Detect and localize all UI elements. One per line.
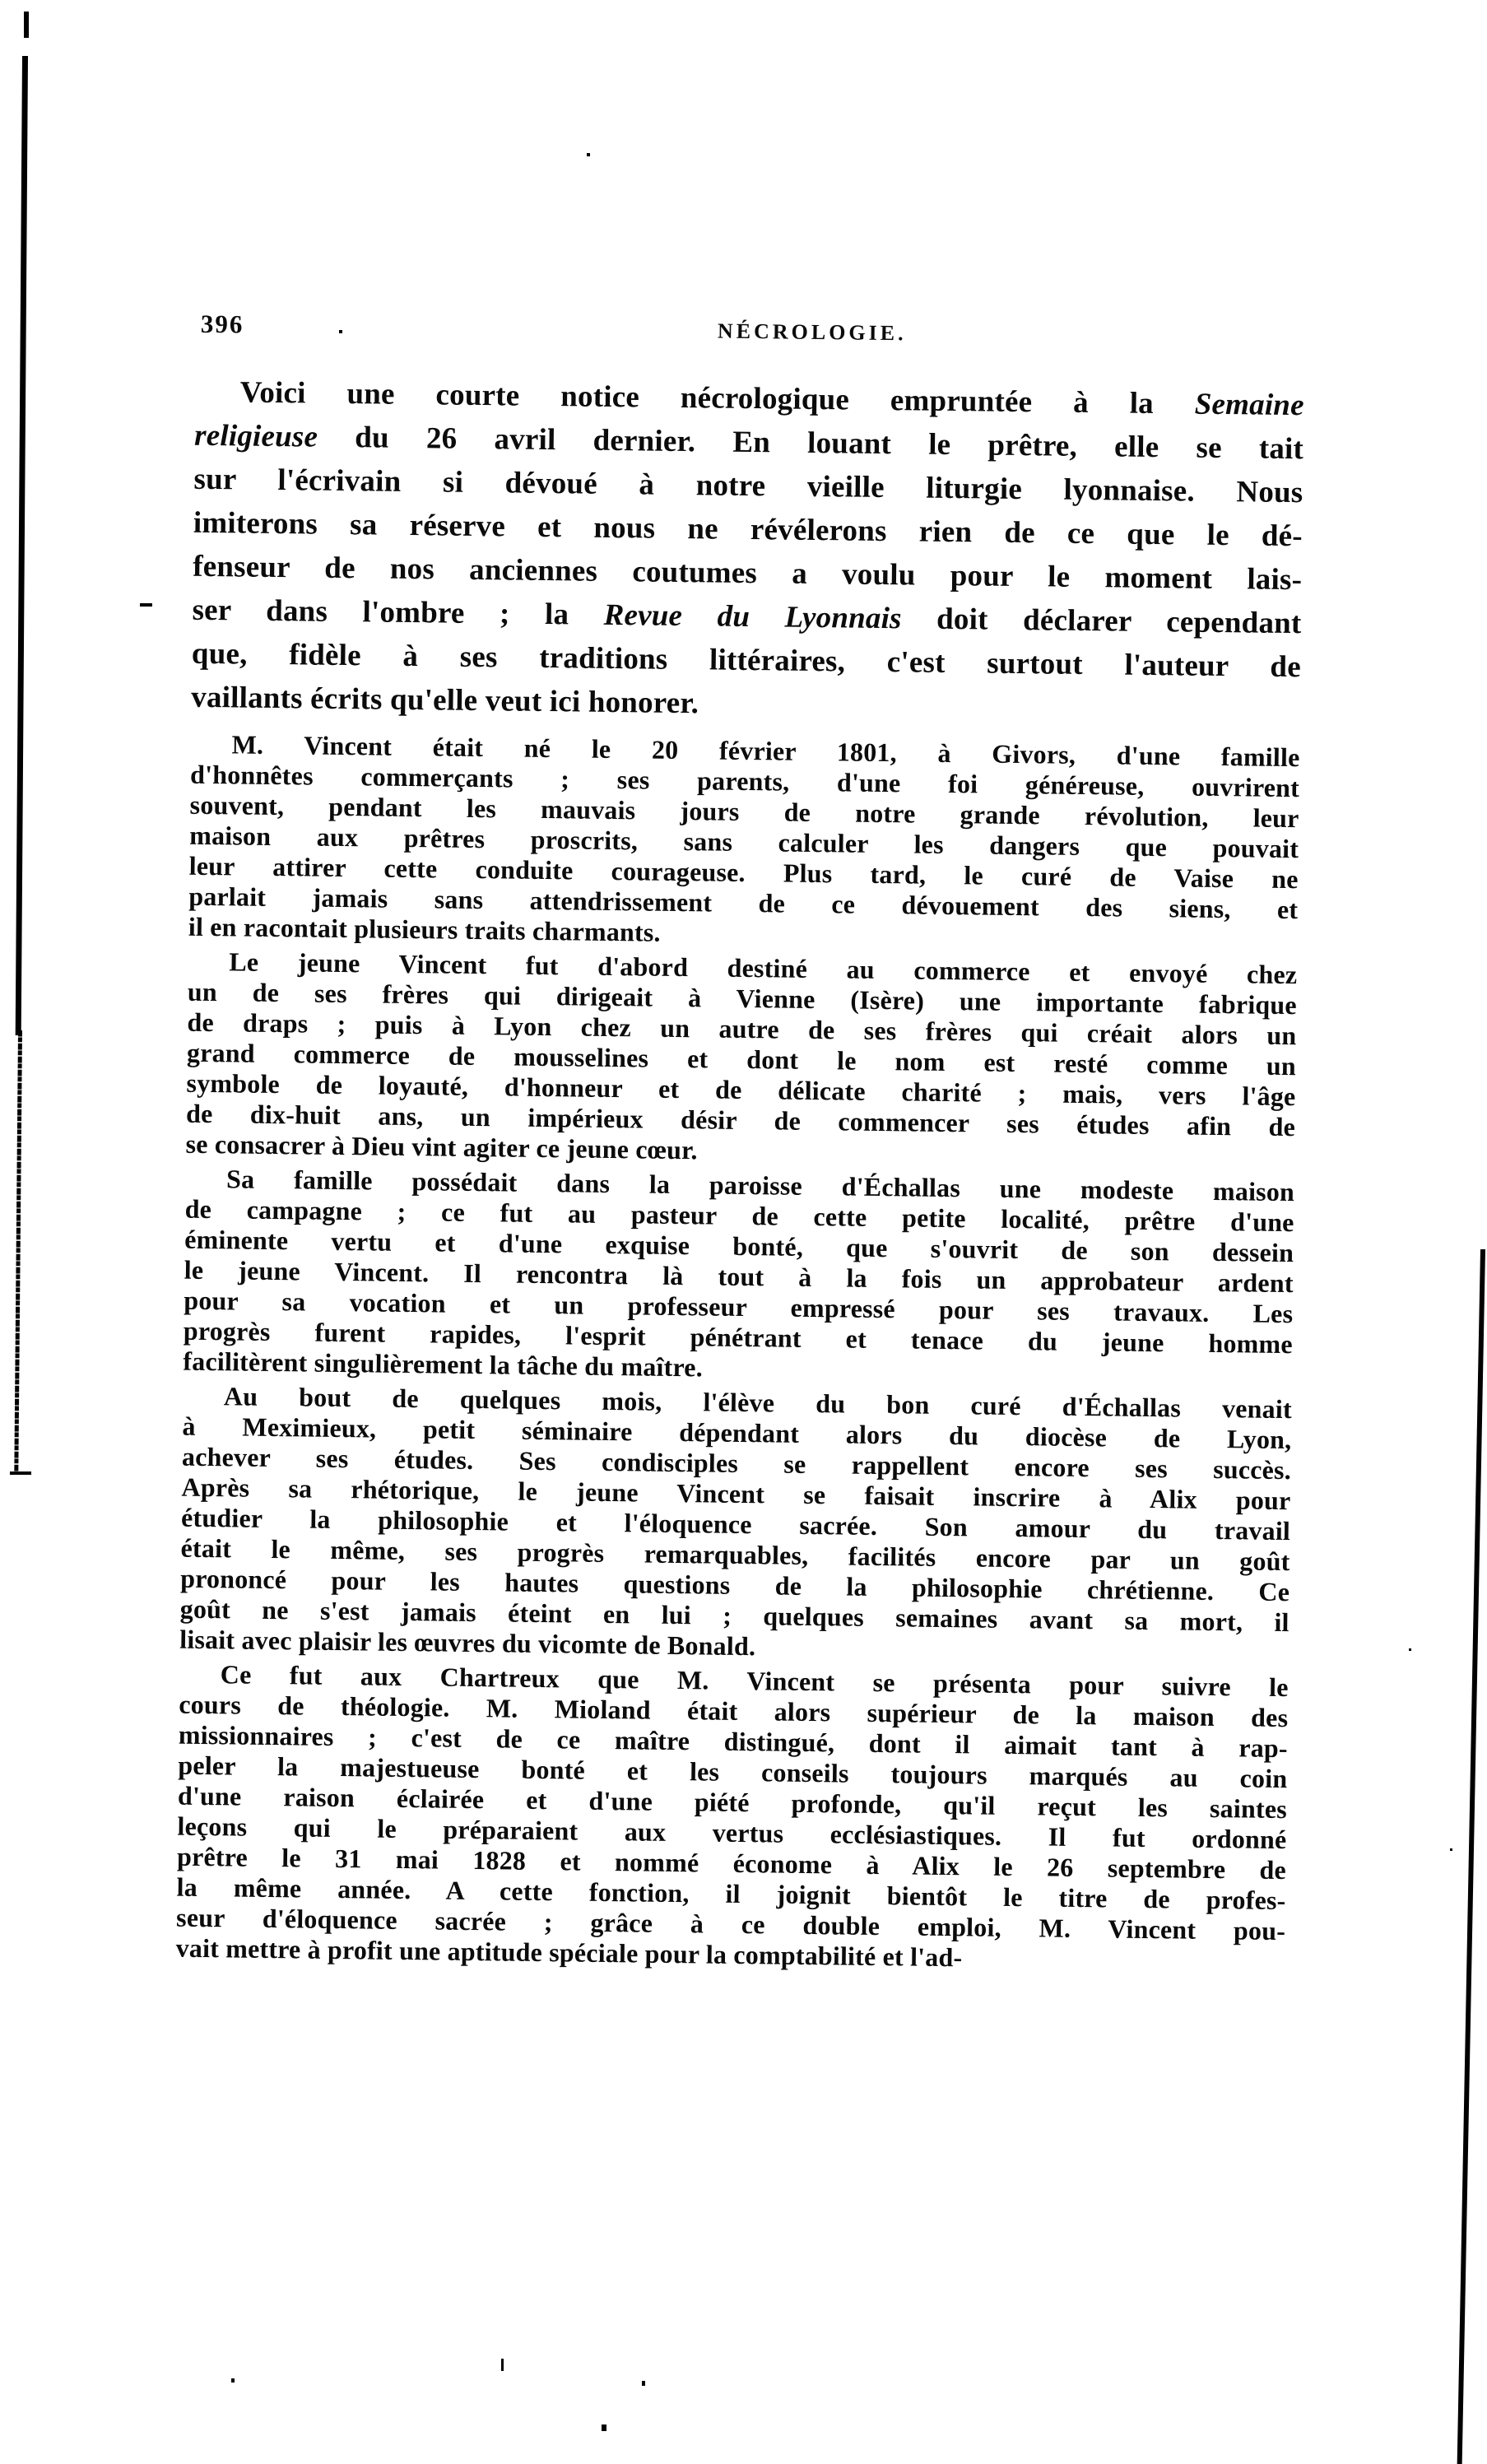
paragraphs: Voici une courte notice nécrologique emp…	[175, 370, 1304, 1977]
text-segment: ser dans l'ombre ; la	[192, 593, 604, 632]
scan-speck	[587, 153, 590, 156]
scan-edge-line-left-ragged	[14, 1030, 22, 1475]
page-number: 396	[201, 309, 244, 340]
scan-speck	[231, 2378, 235, 2383]
scan-edge-line-left	[16, 56, 28, 1035]
scan-speck	[602, 2424, 606, 2431]
scanned-book-page: { "doc": { "page_number": "396", "runnin…	[0, 0, 1487, 2464]
scan-speck	[642, 2381, 645, 2386]
paragraph: Au bout de quelques mois, l'élève du bon…	[179, 1381, 1292, 1668]
paragraph: M. Vincent était né le 20 février 1801, …	[188, 729, 1300, 955]
paragraph: Le jeune Vincent fut d'abord destiné au …	[185, 946, 1297, 1173]
scan-speck	[1450, 1848, 1452, 1851]
scan-speck	[501, 2359, 504, 2371]
running-header: NÉCROLOGIE.	[258, 314, 1367, 351]
scan-speck	[1409, 1648, 1411, 1651]
italic-text: Semaine	[1195, 388, 1304, 423]
text-segment: Voici une courte notice nécrologique emp…	[240, 375, 1195, 421]
paragraph: Ce fut aux Chartreux que M. Vincent se p…	[175, 1659, 1288, 1977]
italic-text: religieuse	[194, 419, 318, 454]
paragraph: Voici une courte notice nécrologique emp…	[191, 370, 1304, 732]
scan-speck	[140, 603, 152, 607]
paragraph: Sa famille possédait dans la paroisse d'…	[183, 1164, 1294, 1390]
italic-text: Revue du Lyonnais	[603, 598, 902, 635]
text-segment: du 26 avril dernier. En louant le prêtre…	[318, 421, 1303, 467]
scan-edge-line-left-foot	[10, 1471, 31, 1475]
scan-edge-line-left-tick	[24, 12, 29, 38]
page-header: 396 NÉCROLOGIE.	[196, 309, 1305, 359]
text-segment: doit déclarer cependant	[901, 602, 1301, 640]
scan-edge-line-right	[1457, 1249, 1485, 2464]
page-text-block: 396 NÉCROLOGIE. Voici une courte notice …	[175, 309, 1304, 1977]
